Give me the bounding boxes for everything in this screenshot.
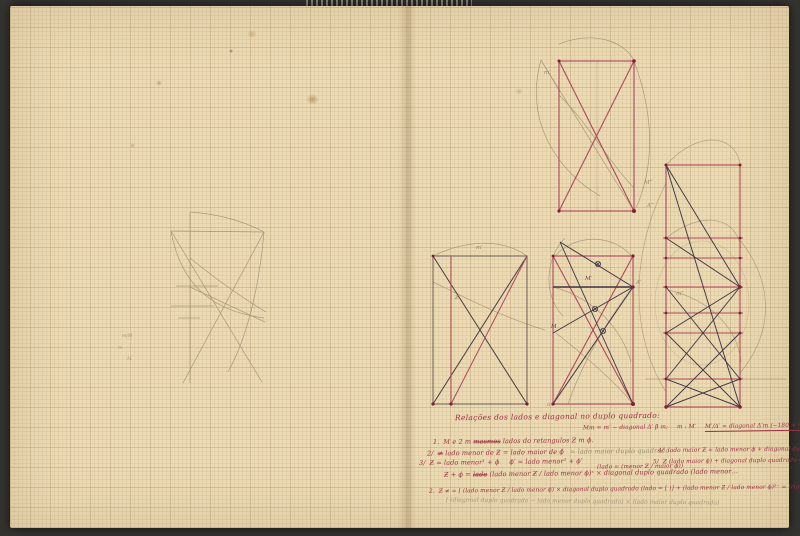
note-line-4-struck: lado (473, 470, 488, 478)
red-annotation-part1: Mm = m′ − diagonal Δ′ β m; (583, 424, 668, 433)
left-page-scribble: m (118, 346, 122, 351)
label-b-m: m′ (544, 70, 550, 76)
paper-stain (515, 88, 523, 95)
note-item-4-marker: 4/ (658, 448, 664, 454)
paper-stain (130, 143, 135, 148)
left-page-scribble: M (127, 357, 132, 362)
label-d-a-prime: A′ (636, 280, 641, 286)
paper-stain (156, 80, 162, 86)
page-fold (398, 6, 416, 528)
label-c-m: m′ (476, 245, 482, 251)
paper-stain (247, 30, 257, 38)
note-line-5-marker: 2. (429, 489, 435, 495)
left-page-scribble: m∕M (122, 334, 132, 339)
label-e-m2: m″ (676, 291, 683, 297)
note-line-2-pencil: = lado maior duplo quadrado (570, 447, 670, 456)
label-d-m-prime: M′ (585, 276, 592, 282)
note-paren-formula: (lado = (menor Ƶ ∕ maior ϕ)) (597, 463, 683, 470)
label-e-m3: M‴ (644, 180, 653, 186)
label-c-z: Ƶ′ (455, 295, 460, 301)
note-line-1-post: lados do retangulos Ƶ m ϕ. (501, 436, 594, 445)
note-line-4-pre: Ƶ + ϕ = (444, 470, 473, 478)
note-line-2-marker: 2/ (427, 449, 434, 457)
note-line-1-struck: mesmos (473, 437, 500, 445)
paper-stain (229, 49, 233, 53)
note-line-1-pre: M e 2 m (443, 438, 473, 446)
note-line-3-post: ϕ′ = lado menor² + ϕ′ (499, 457, 582, 466)
scanned-notebook-spread: m′ m′ Ƶ′ M′ M A′ a M‴ A‴ m″ m∕M m M Rela… (0, 0, 800, 536)
note-line-1-marker: 1. (433, 438, 440, 446)
label-d-m: M (551, 324, 557, 330)
label-e-a3: A‴ (647, 203, 654, 209)
red-annotation-fraction: M′∕Δ′ = diagonal Δ′m (−180 + m) ∕ m (705, 423, 800, 432)
note-line-3-marker: 3/ (419, 459, 426, 467)
label-d-a: a (547, 402, 550, 408)
paper-stain (306, 94, 319, 105)
note-line-2-post: lado menor de Ƶ = lado maior de ϕ̄ (443, 448, 564, 457)
red-annotation-part2: m : M′ (677, 424, 696, 432)
note-line-3-pre: Ƶ = lado menor¹ + ϕ (429, 458, 499, 467)
